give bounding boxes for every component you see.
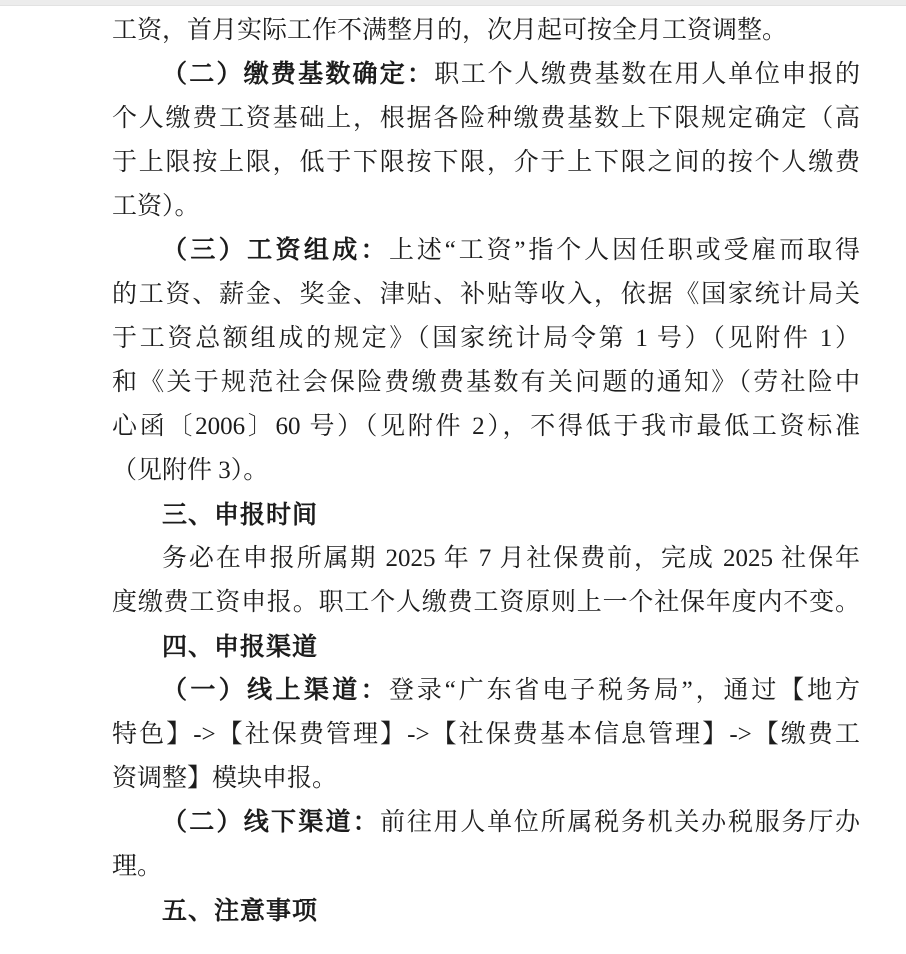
line-text: 五、注意事项 [162,897,318,925]
line-text: 个人缴费工资基础上，根据各险种缴费基数上下限规定确定（高 [112,105,860,132]
text-line: 心函〔2006〕60 号）（见附件 2），不得低于我市最低工资标准 [112,405,860,449]
line-text: 理。 [112,853,162,880]
line-text: 工资）。 [112,193,200,220]
line-text: 资调整】模块申报。 [112,765,337,792]
document-body: 工资，首月实际工作不满整月的，次月起可按全月工资调整。 （二）缴费基数确定：职工… [112,9,860,933]
text-line: 四、申报渠道 [112,625,860,669]
text-line: （三）工资组成：上述“工资”指个人因任职或受雇而取得 [112,229,860,273]
text-line: 五、注意事项 [112,889,860,933]
document-page: 工资，首月实际工作不满整月的，次月起可按全月工资调整。 （二）缴费基数确定：职工… [0,0,906,954]
text-line: （一）线上渠道：登录“广东省电子税务局”，通过【地方 [112,669,860,713]
text-line: 于工资总额组成的规定》（国家统计局令第 1 号）（见附件 1） [112,317,860,361]
text-line: （见附件 3）。 [112,449,860,493]
line-text: 登录“广东省电子税务局”，通过【地方 [389,677,860,704]
text-line: 的工资、薪金、奖金、津贴、补贴等收入，依据《国家统计局关 [112,273,860,317]
text-line: （二）缴费基数确定：职工个人缴费基数在用人单位申报的 [112,53,860,97]
line-text: 四、申报渠道 [162,633,318,661]
text-line: 理。 [112,845,860,889]
line-text: 心函〔2006〕60 号）（见附件 2），不得低于我市最低工资标准 [112,413,860,440]
text-line: 和《关于规范社会保险费缴费基数有关问题的通知》（劳社险中 [112,361,860,405]
text-line: 工资，首月实际工作不满整月的，次月起可按全月工资调整。 [112,9,860,53]
line-text: 职工个人缴费基数在用人单位申报的 [434,61,860,88]
text-line: 于上限按上限，低于下限按下限，介于上下限之间的按个人缴费 [112,141,860,185]
text-line: 资调整】模块申报。 [112,757,860,801]
text-line: （二）线下渠道：前往用人单位所属税务机关办税服务厅办 [112,801,860,845]
line-text: 上述“工资”指个人因任职或受雇而取得 [389,237,860,264]
bold-lead-text: （三）工资组成： [162,237,389,264]
text-line: 工资）。 [112,185,860,229]
line-text: 度缴费工资申报。职工个人缴费工资原则上一个社保年度内不变。 [112,589,860,616]
line-text: （见附件 3）。 [112,457,268,484]
line-text: 务必在申报所属期 2025 年 7 月社保费前，完成 2025 社保年 [162,545,860,572]
line-text: 于工资总额组成的规定》（国家统计局令第 1 号）（见附件 1） [112,325,860,352]
line-text: 和《关于规范社会保险费缴费基数有关问题的通知》（劳社险中 [112,369,860,396]
text-line: 个人缴费工资基础上，根据各险种缴费基数上下限规定确定（高 [112,97,860,141]
line-text: 工资，首月实际工作不满整月的，次月起可按全月工资调整。 [112,17,787,44]
line-text: 的工资、薪金、奖金、津贴、补贴等收入，依据《国家统计局关 [112,281,860,308]
window-top-edge [0,0,906,6]
line-text: 前往用人单位所属税务机关办税服务厅办 [380,809,860,836]
line-text: 三、申报时间 [162,501,318,529]
text-line: 度缴费工资申报。职工个人缴费工资原则上一个社保年度内不变。 [112,581,860,625]
bold-lead-text: （二）缴费基数确定： [162,61,434,88]
text-line: 特色】->【社保费管理】->【社保费基本信息管理】->【缴费工 [112,713,860,757]
line-text: 特色】->【社保费管理】->【社保费基本信息管理】->【缴费工 [112,721,860,748]
text-line: 三、申报时间 [112,493,860,537]
line-text: 于上限按上限，低于下限按下限，介于上下限之间的按个人缴费 [112,149,860,176]
bold-lead-text: （二）线下渠道： [162,809,380,836]
text-line: 务必在申报所属期 2025 年 7 月社保费前，完成 2025 社保年 [112,537,860,581]
bold-lead-text: （一）线上渠道： [162,677,389,704]
